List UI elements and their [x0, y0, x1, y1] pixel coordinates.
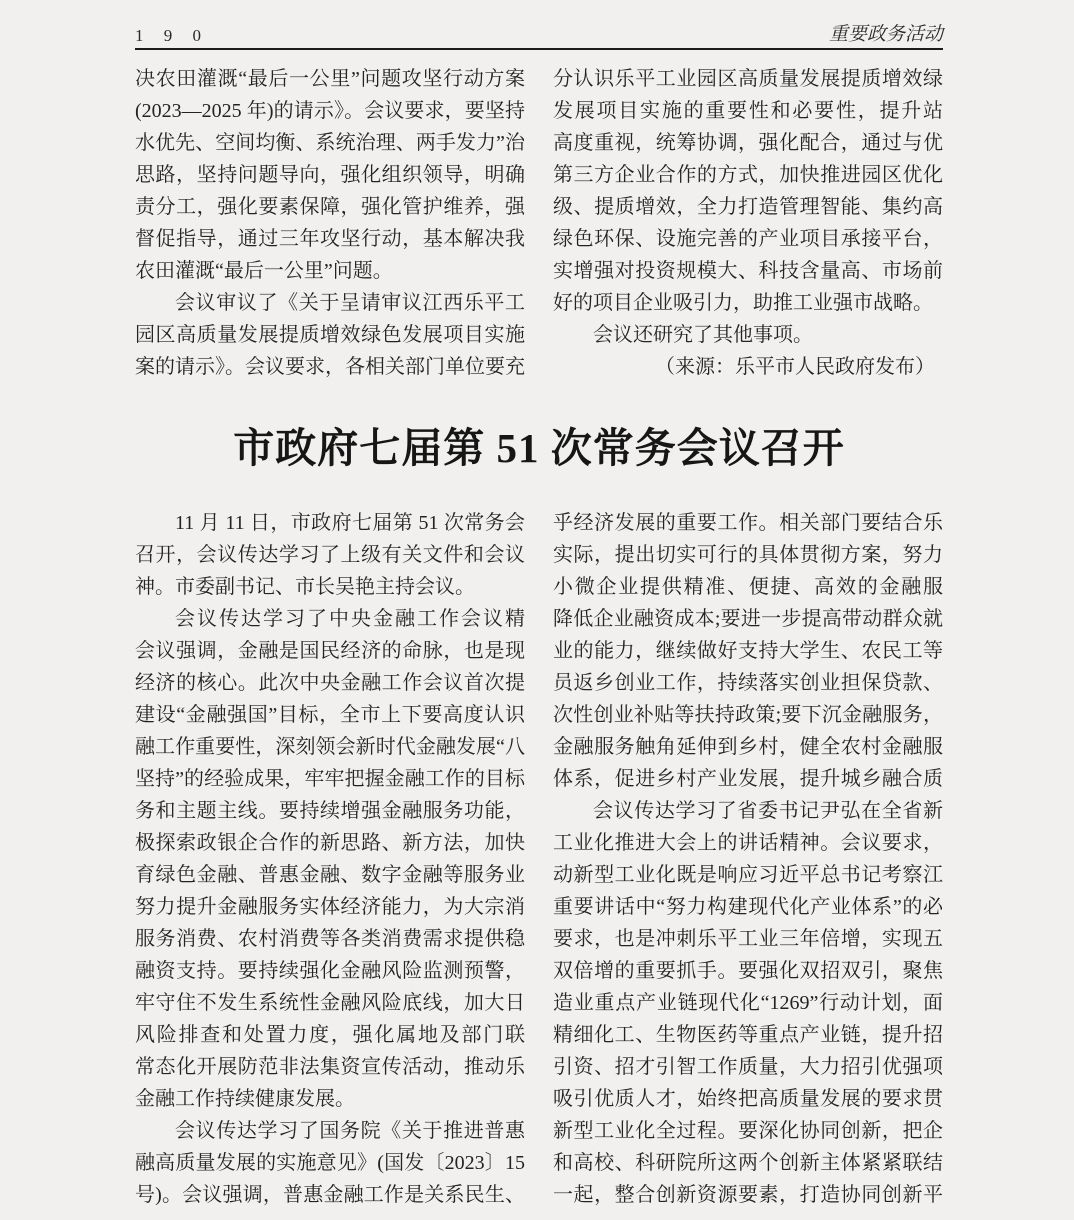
- page-number: 1 9 0: [135, 26, 209, 46]
- text-line: 重要讲话中“努力构建现代化产业体系”的必然: [553, 891, 943, 923]
- article-right-column: 乎经济发展的重要工作。相关部门要结合乐平实际，提出切实可行的具体贯彻方案，努力为…: [553, 507, 943, 1211]
- text-line: 动新型工业化既是响应习近平总书记考察江西: [553, 859, 943, 891]
- text-line: 会议审议了《关于呈请审议江西乐平工业: [135, 287, 525, 319]
- text-line: 体系，促进乡村产业发展，提升城乡融合质效。: [553, 763, 943, 795]
- text-line: 吸引优质人才，始终把高质量发展的要求贯穿: [553, 1083, 943, 1115]
- text-line: 一起，整合创新资源要素，打造协同创新平台，: [553, 1179, 943, 1211]
- text-line: 经济的核心。此次中央金融工作会议首次提出: [135, 667, 525, 699]
- text-line: 会议还研究了其他事项。: [553, 319, 943, 351]
- text-line: 绿色环保、设施完善的产业项目承接平台，切: [553, 223, 943, 255]
- text-line: 水优先、空间均衡、系统治理、两手发力”治水: [135, 127, 525, 159]
- page-header: 1 9 0 重要政务活动: [135, 0, 943, 46]
- text-line: 实际，提出切实可行的具体贯彻方案，努力为: [553, 539, 943, 571]
- header-rule: [135, 48, 943, 50]
- text-line: 工业化推进大会上的讲话精神。会议要求，推: [553, 827, 943, 859]
- prev-article-left-column: 决农田灌溉“最后一公里”问题攻坚行动方案(2023—2025 年)的请示》。会议…: [135, 63, 525, 383]
- article-body: 11 月 11 日，市政府七届第 51 次常务会议召开，会议传达学习了上级有关文…: [135, 507, 943, 1211]
- text-line: 极探索政银企合作的新思路、新方法，加快培: [135, 827, 525, 859]
- text-line: 督促指导，通过三年攻坚行动，基本解决我市: [135, 223, 525, 255]
- text-line: 降低企业融资成本;要进一步提高带动群众就: [553, 603, 943, 635]
- document-page: 1 9 0 重要政务活动 决农田灌溉“最后一公里”问题攻坚行动方案(2023—2…: [0, 0, 1074, 1220]
- text-line: 神。市委副书记、市长吴艳主持会议。: [135, 571, 525, 603]
- text-line: 实增强对投资规模大、科技含量高、市场前景: [553, 255, 943, 287]
- text-line: 员返乡创业工作，持续落实创业担保贷款、一: [553, 667, 943, 699]
- text-line: 建设“金融强国”目标，全市上下要高度认识金: [135, 699, 525, 731]
- text-line: 发展项目实施的重要性和必要性，提升站位，: [553, 95, 943, 127]
- text-line: 引资、招才引智工作质量，大力招引优强项目，: [553, 1051, 943, 1083]
- text-line: 业的能力，继续做好支持大学生、农民工等人: [553, 635, 943, 667]
- text-line: 务和主题主线。要持续增强金融服务功能，积: [135, 795, 525, 827]
- previous-article-continuation: 决农田灌溉“最后一公里”问题攻坚行动方案(2023—2025 年)的请示》。会议…: [135, 63, 943, 383]
- text-line: 会议传达学习了国务院《关于推进普惠金: [135, 1115, 525, 1147]
- article-left-column: 11 月 11 日，市政府七届第 51 次常务会议召开，会议传达学习了上级有关文…: [135, 507, 525, 1211]
- text-line: 努力提升金融服务实体经济能力，为大宗消费、: [135, 891, 525, 923]
- text-line: 融工作重要性，深刻领会新时代金融发展“八个: [135, 731, 525, 763]
- text-line: 金融服务触角延伸到乡村，健全农村金融服务: [553, 731, 943, 763]
- prev-article-right-column: 分认识乐平工业园区高质量发展提质增效绿色发展项目实施的重要性和必要性，提升站位，…: [553, 63, 943, 383]
- text-line: 级、提质增效，全力打造管理智能、集约高效、: [553, 191, 943, 223]
- text-line: 服务消费、农村消费等各类消费需求提供稳定: [135, 923, 525, 955]
- text-line: 决农田灌溉“最后一公里”问题攻坚行动方案: [135, 63, 525, 95]
- text-line: 11 月 11 日，市政府七届第 51 次常务会议: [135, 507, 525, 539]
- text-line: 小微企业提供精准、便捷、高效的金融服务，: [553, 571, 943, 603]
- text-line: 好的项目企业吸引力，助推工业强市战略。: [553, 287, 943, 319]
- text-line: 金融工作持续健康发展。: [135, 1083, 525, 1115]
- text-line: 新型工业化全过程。要深化协同创新，把企业: [553, 1115, 943, 1147]
- running-title: 重要政务活动: [829, 19, 943, 46]
- text-line: 案的请示》。会议要求，各相关部门单位要充: [135, 351, 525, 383]
- text-line: 园区高质量发展提质增效绿色发展项目实施方: [135, 319, 525, 351]
- text-line: 和高校、科研院所这两个创新主体紧紧联结在: [553, 1147, 943, 1179]
- text-line: 融资支持。要持续强化金融风险监测预警，牢: [135, 955, 525, 987]
- text-line: 责分工，强化要素保障，强化管护维养，强化: [135, 191, 525, 223]
- text-line: 号)。会议强调，普惠金融工作是关系民生、关: [135, 1179, 525, 1211]
- text-line: 分认识乐平工业园区高质量发展提质增效绿色: [553, 63, 943, 95]
- text-line: 造业重点产业链现代化“1269”行动计划，面向: [553, 987, 943, 1019]
- text-line: 第三方企业合作的方式，加快推进园区优化升: [553, 159, 943, 191]
- text-line: 常态化开展防范非法集资宣传活动，推动乐平: [135, 1051, 525, 1083]
- text-line: （来源：乐平市人民政府发布）: [553, 351, 943, 383]
- text-line: 育绿色金融、普惠金融、数字金融等服务业态，: [135, 859, 525, 891]
- text-line: 会议强调，金融是国民经济的命脉，也是现代: [135, 635, 525, 667]
- text-line: 双倍增的重要抓手。要强化双招双引，聚焦制: [553, 955, 943, 987]
- text-line: 思路，坚持问题导向，强化组织领导，明确职: [135, 159, 525, 191]
- text-line: 乎经济发展的重要工作。相关部门要结合乐平: [553, 507, 943, 539]
- text-line: 牢守住不发生系统性金融风险底线，加大日常: [135, 987, 525, 1019]
- article-title: 市政府七届第 51 次常务会议召开: [135, 419, 943, 477]
- text-line: 农田灌溉“最后一公里”问题。: [135, 255, 525, 287]
- text-line: 召开，会议传达学习了上级有关文件和会议精: [135, 539, 525, 571]
- text-line: 风险排查和处置力度，强化属地及部门联动，: [135, 1019, 525, 1051]
- text-line: 要求，也是冲刺乐平工业三年倍增，实现五年: [553, 923, 943, 955]
- text-line: (2023—2025 年)的请示》。会议要求，要坚持“节: [135, 95, 525, 127]
- page-content: 1 9 0 重要政务活动 决农田灌溉“最后一公里”问题攻坚行动方案(2023—2…: [135, 0, 943, 1211]
- text-line: 高度重视，统筹协调，强化配合，通过与优质: [553, 127, 943, 159]
- text-line: 融高质量发展的实施意见》(国发〔2023〕15: [135, 1147, 525, 1179]
- text-line: 坚持”的经验成果，牢牢把握金融工作的目标任: [135, 763, 525, 795]
- text-line: 会议传达学习了省委书记尹弘在全省新型: [553, 795, 943, 827]
- text-line: 次性创业补贴等扶持政策;要下沉金融服务，将: [553, 699, 943, 731]
- text-line: 会议传达学习了中央金融工作会议精神。: [135, 603, 525, 635]
- text-line: 精细化工、生物医药等重点产业链，提升招商: [553, 1019, 943, 1051]
